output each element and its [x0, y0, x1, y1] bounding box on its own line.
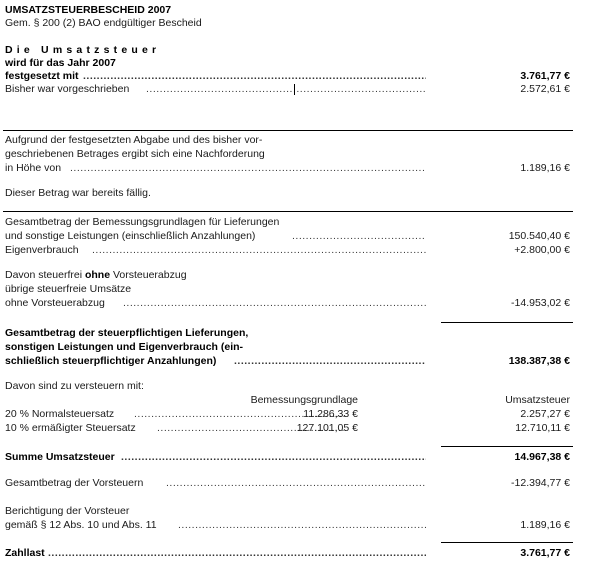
- text-cursor: [294, 84, 295, 95]
- bases-total-amount: 150.540,40 €: [509, 230, 570, 243]
- dot-leader: ........................................…: [166, 477, 426, 490]
- payable-label: Zahllast: [5, 547, 45, 560]
- dot-leader: ........................................…: [123, 297, 426, 310]
- taxable-line2: sonstigen Leistungen und Eigenverbrauch …: [5, 341, 243, 354]
- dot-leader: ........................................…: [83, 70, 426, 83]
- dot-leader: ........................................…: [146, 83, 426, 96]
- exempt-heading: Davon steuerfrei ohne Vorsteuerabzug: [5, 269, 187, 282]
- previous-label: Bisher war vorgeschrieben: [5, 83, 129, 96]
- document-title: UMSATZSTEUERBESCHEID 2007: [5, 4, 171, 17]
- total-rule: [441, 542, 573, 543]
- assessment-heading: Die Umsatzsteuer: [5, 44, 160, 57]
- fixed-label: festgesetzt mit: [5, 70, 79, 83]
- column-header-tax: Umsatzsteuer: [505, 394, 570, 407]
- bases-line1: Gesamtbetrag der Bemessungsgrundlagen fü…: [5, 216, 279, 229]
- rate-row-base: 11.286,33 €: [303, 408, 358, 421]
- correction-line1: Berichtigung der Vorsteuer: [5, 505, 129, 518]
- taxable-line3: schließlich steuerpflichtiger Anzahlunge…: [5, 355, 216, 368]
- back-payment-amount: 1.189,16 €: [520, 162, 570, 175]
- taxable-total-amount: 138.387,38 €: [509, 355, 570, 368]
- divider: [3, 130, 573, 131]
- rate-row-label: 20 % Normalsteuersatz: [5, 408, 114, 421]
- exempt-emphasis: ohne: [85, 269, 110, 281]
- vat-sum-label: Summe Umsatzsteuer: [5, 451, 115, 464]
- rate-row-base: 127.101,05 €: [297, 422, 358, 435]
- document-subtitle: Gem. § 200 (2) BAO endgültiger Bescheid: [5, 17, 202, 30]
- divider: [3, 211, 573, 212]
- own-use-label: Eigenverbrauch: [5, 244, 79, 257]
- dot-leader: ........................................…: [70, 162, 426, 175]
- back-payment-line3: in Höhe von: [5, 162, 61, 175]
- without-deduction-amount: -14.953,02 €: [511, 297, 570, 310]
- back-payment-line2: geschriebenen Betrages ergibt sich eine …: [5, 148, 265, 161]
- column-header-base: Bemessungsgrundlage: [251, 394, 358, 407]
- dot-leader: ........................................…: [121, 451, 426, 464]
- rate-row-tax: 2.257,27 €: [520, 408, 570, 421]
- dot-leader: ........................................…: [234, 355, 426, 368]
- other-exempt-label: übrige steuerfreie Umsätze: [5, 283, 131, 296]
- without-deduction-label: ohne Vorsteuerabzug: [5, 297, 105, 310]
- fixed-amount: 3.761,77 €: [520, 70, 570, 83]
- back-payment-line1: Aufgrund der festgesetzten Abgabe und de…: [5, 134, 262, 147]
- input-tax-amount: -12.394,77 €: [511, 477, 570, 490]
- bases-line2: und sonstige Leistungen (einschließlich …: [5, 230, 255, 243]
- rate-row-tax: 12.710,11 €: [515, 422, 570, 435]
- dot-leader: ........................................…: [92, 244, 426, 257]
- rate-row-label: 10 % ermäßigter Steuersatz: [5, 422, 136, 435]
- dot-leader: ........................................…: [292, 230, 426, 243]
- correction-line2: gemäß § 12 Abs. 10 und Abs. 11: [5, 519, 157, 532]
- subtotal-rule: [441, 322, 573, 323]
- payable-amount: 3.761,77 €: [520, 547, 570, 560]
- dot-leader: ........................................…: [48, 547, 426, 560]
- rates-intro: Davon sind zu versteuern mit:: [5, 380, 144, 393]
- subtotal-rule: [441, 446, 573, 447]
- taxable-line1: Gesamtbetrag der steuerpflichtigen Liefe…: [5, 327, 248, 340]
- due-note: Dieser Betrag war bereits fällig.: [5, 187, 151, 200]
- assessment-year: wird für das Jahr 2007: [5, 57, 116, 70]
- correction-amount: 1.189,16 €: [520, 519, 570, 532]
- vat-sum-amount: 14.967,38 €: [515, 451, 570, 464]
- dot-leader: ........................................…: [178, 519, 426, 532]
- own-use-amount: +2.800,00 €: [514, 244, 570, 257]
- previous-amount: 2.572,61 €: [520, 83, 570, 96]
- input-tax-label: Gesamtbetrag der Vorsteuern: [5, 477, 143, 490]
